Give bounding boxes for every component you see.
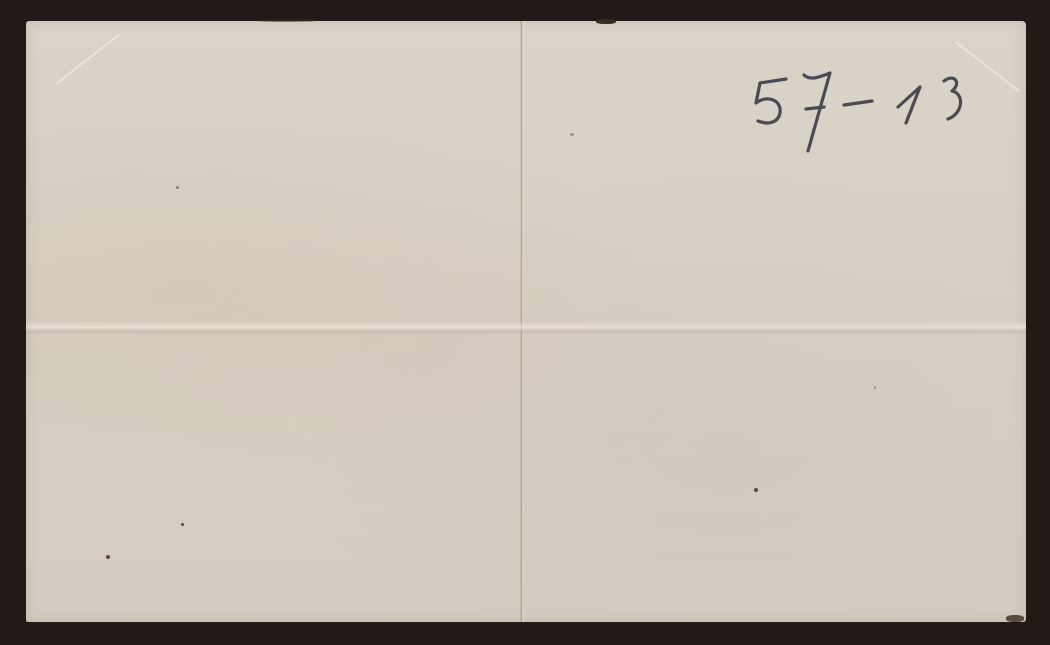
ink-spot [570,133,574,136]
edge-damage [596,19,616,24]
ink-spot [181,523,184,526]
ink-spot [874,386,876,389]
ink-spot [176,186,179,189]
handwriting-strokes [748,61,988,161]
edge-damage [256,19,316,22]
edge-damage [1006,615,1024,622]
ink-spot [754,488,758,492]
horizontal-fold-line [26,321,1026,335]
handwritten-annotation: 57-13 [748,61,988,161]
ink-spot [106,555,110,559]
photo-frame: 57-13 [0,0,1050,645]
banknote-paper: 57-13 [26,21,1026,622]
top-left-corner-crease [56,34,120,84]
